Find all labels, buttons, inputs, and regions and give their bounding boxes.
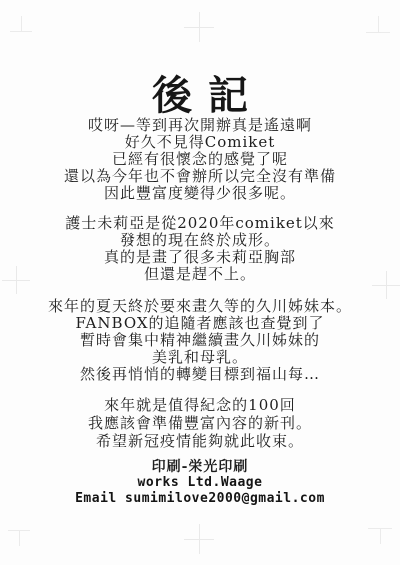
text-line: 暫時會集中精神繼續畫久川姊妹的 <box>0 332 400 349</box>
email-line: Email sumimilove2000@gmail.com <box>0 491 400 507</box>
text-line: 但還是趕不上。 <box>0 266 400 283</box>
text-line: 真的是畫了很多未莉亞胸部 <box>0 249 400 266</box>
crop-mark-top-left-icon <box>10 16 32 40</box>
colophon: 印刷-栄光印刷 works Ltd.Waage Email sumimilove… <box>0 459 400 507</box>
company-line: works Ltd.Waage <box>0 475 400 491</box>
paragraph-3: 來年的夏天終於要來畫久等的久川姊妹本。 FANBOX的追隨者應該也查覺到了 暫時… <box>0 298 400 383</box>
text-line: 護士未莉亞是從2020年comiket以來 <box>0 215 400 232</box>
text-line: 已經有很懷念的感覺了呢 <box>0 151 400 168</box>
text-line: 美乳和母乳。 <box>0 349 400 366</box>
text-line: 發想的現在終於成形。 <box>0 232 400 249</box>
text-line: 因此豐富度變得少很多呢。 <box>0 185 400 202</box>
page-title: 後記 <box>0 64 400 121</box>
paragraph-1: 哎呀—等到再次開辦真是遙遠啊 好久不見得Comiket 已經有很懷念的感覺了呢 … <box>0 117 400 202</box>
text-line: 還以為今年也不會辦所以完全沒有準備 <box>0 168 400 185</box>
text-line: 好久不見得Comiket <box>0 134 400 151</box>
paragraph-2: 護士未莉亞是從2020年comiket以來 發想的現在終於成形。 真的是畫了很多… <box>0 215 400 283</box>
crop-mark-bottom-left-icon <box>8 522 30 546</box>
text-line: 哎呀—等到再次開辦真是遙遠啊 <box>0 117 400 134</box>
afterword-page: 後記 哎呀—等到再次開辦真是遙遠啊 好久不見得Comiket 已經有很懷念的感覺… <box>0 0 400 565</box>
paragraph-4: 來年就是值得紀念的100回 我應該會準備豐富內容的新刊。 希望新冠疫情能夠就此收… <box>0 396 400 450</box>
text-line: FANBOX的追隨者應該也查覺到了 <box>0 315 400 332</box>
text-line: 希望新冠疫情能夠就此收束。 <box>0 432 400 450</box>
text-line: 來年就是值得紀念的100回 <box>0 396 400 414</box>
crop-mark-bottom-center-icon <box>184 524 214 554</box>
crop-mark-bottom-right-icon <box>368 520 392 544</box>
crop-mark-top-right-icon <box>366 16 390 42</box>
text-line: 然後再悄悄的轉變目標到福山每… <box>0 366 400 383</box>
printer-credit-line: 印刷-栄光印刷 <box>0 459 400 475</box>
crop-mark-top-center-icon <box>184 12 214 42</box>
text-line: 來年的夏天終於要來畫久等的久川姊妹本。 <box>0 298 400 315</box>
text-line: 我應該會準備豐富內容的新刊。 <box>0 414 400 432</box>
